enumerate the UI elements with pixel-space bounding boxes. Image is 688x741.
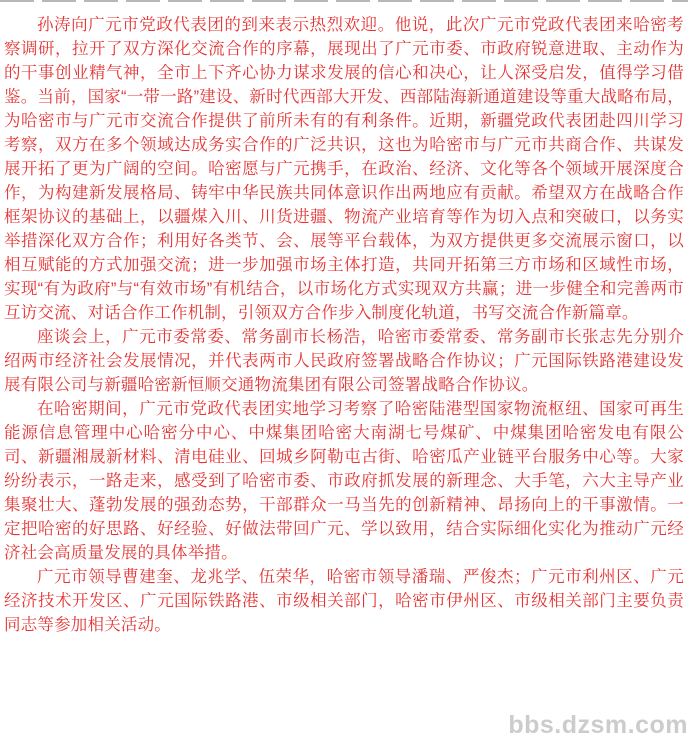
article-page: 孙涛向广元市党政代表团的到来表示热烈欢迎。他说，此次广元市党政代表团来哈密考察调… (0, 0, 688, 741)
article-paragraph-2: 座谈会上，广元市委常委、常务副市长杨浩，哈密市委常委、常务副市长张志先分别介绍两… (4, 325, 684, 397)
article-paragraph-4: 广元市领导曹建奎、龙兆学、伍荣华，哈密市领导潘瑞、严俊杰；广元市利州区、广元经济… (4, 565, 684, 637)
watermark: bbs.dzsm.com (508, 711, 688, 740)
article-paragraph-1: 孙涛向广元市党政代表团的到来表示热烈欢迎。他说，此次广元市党政代表团来哈密考察调… (4, 13, 684, 325)
article-paragraph-3: 在哈密期间，广元市党政代表团实地学习考察了哈密陆港型国家物流枢纽、国家可再生能源… (4, 397, 684, 565)
top-crop-remnant (0, 0, 688, 2)
article-body: 孙涛向广元市党政代表团的到来表示热烈欢迎。他说，此次广元市党政代表团来哈密考察调… (4, 13, 684, 637)
